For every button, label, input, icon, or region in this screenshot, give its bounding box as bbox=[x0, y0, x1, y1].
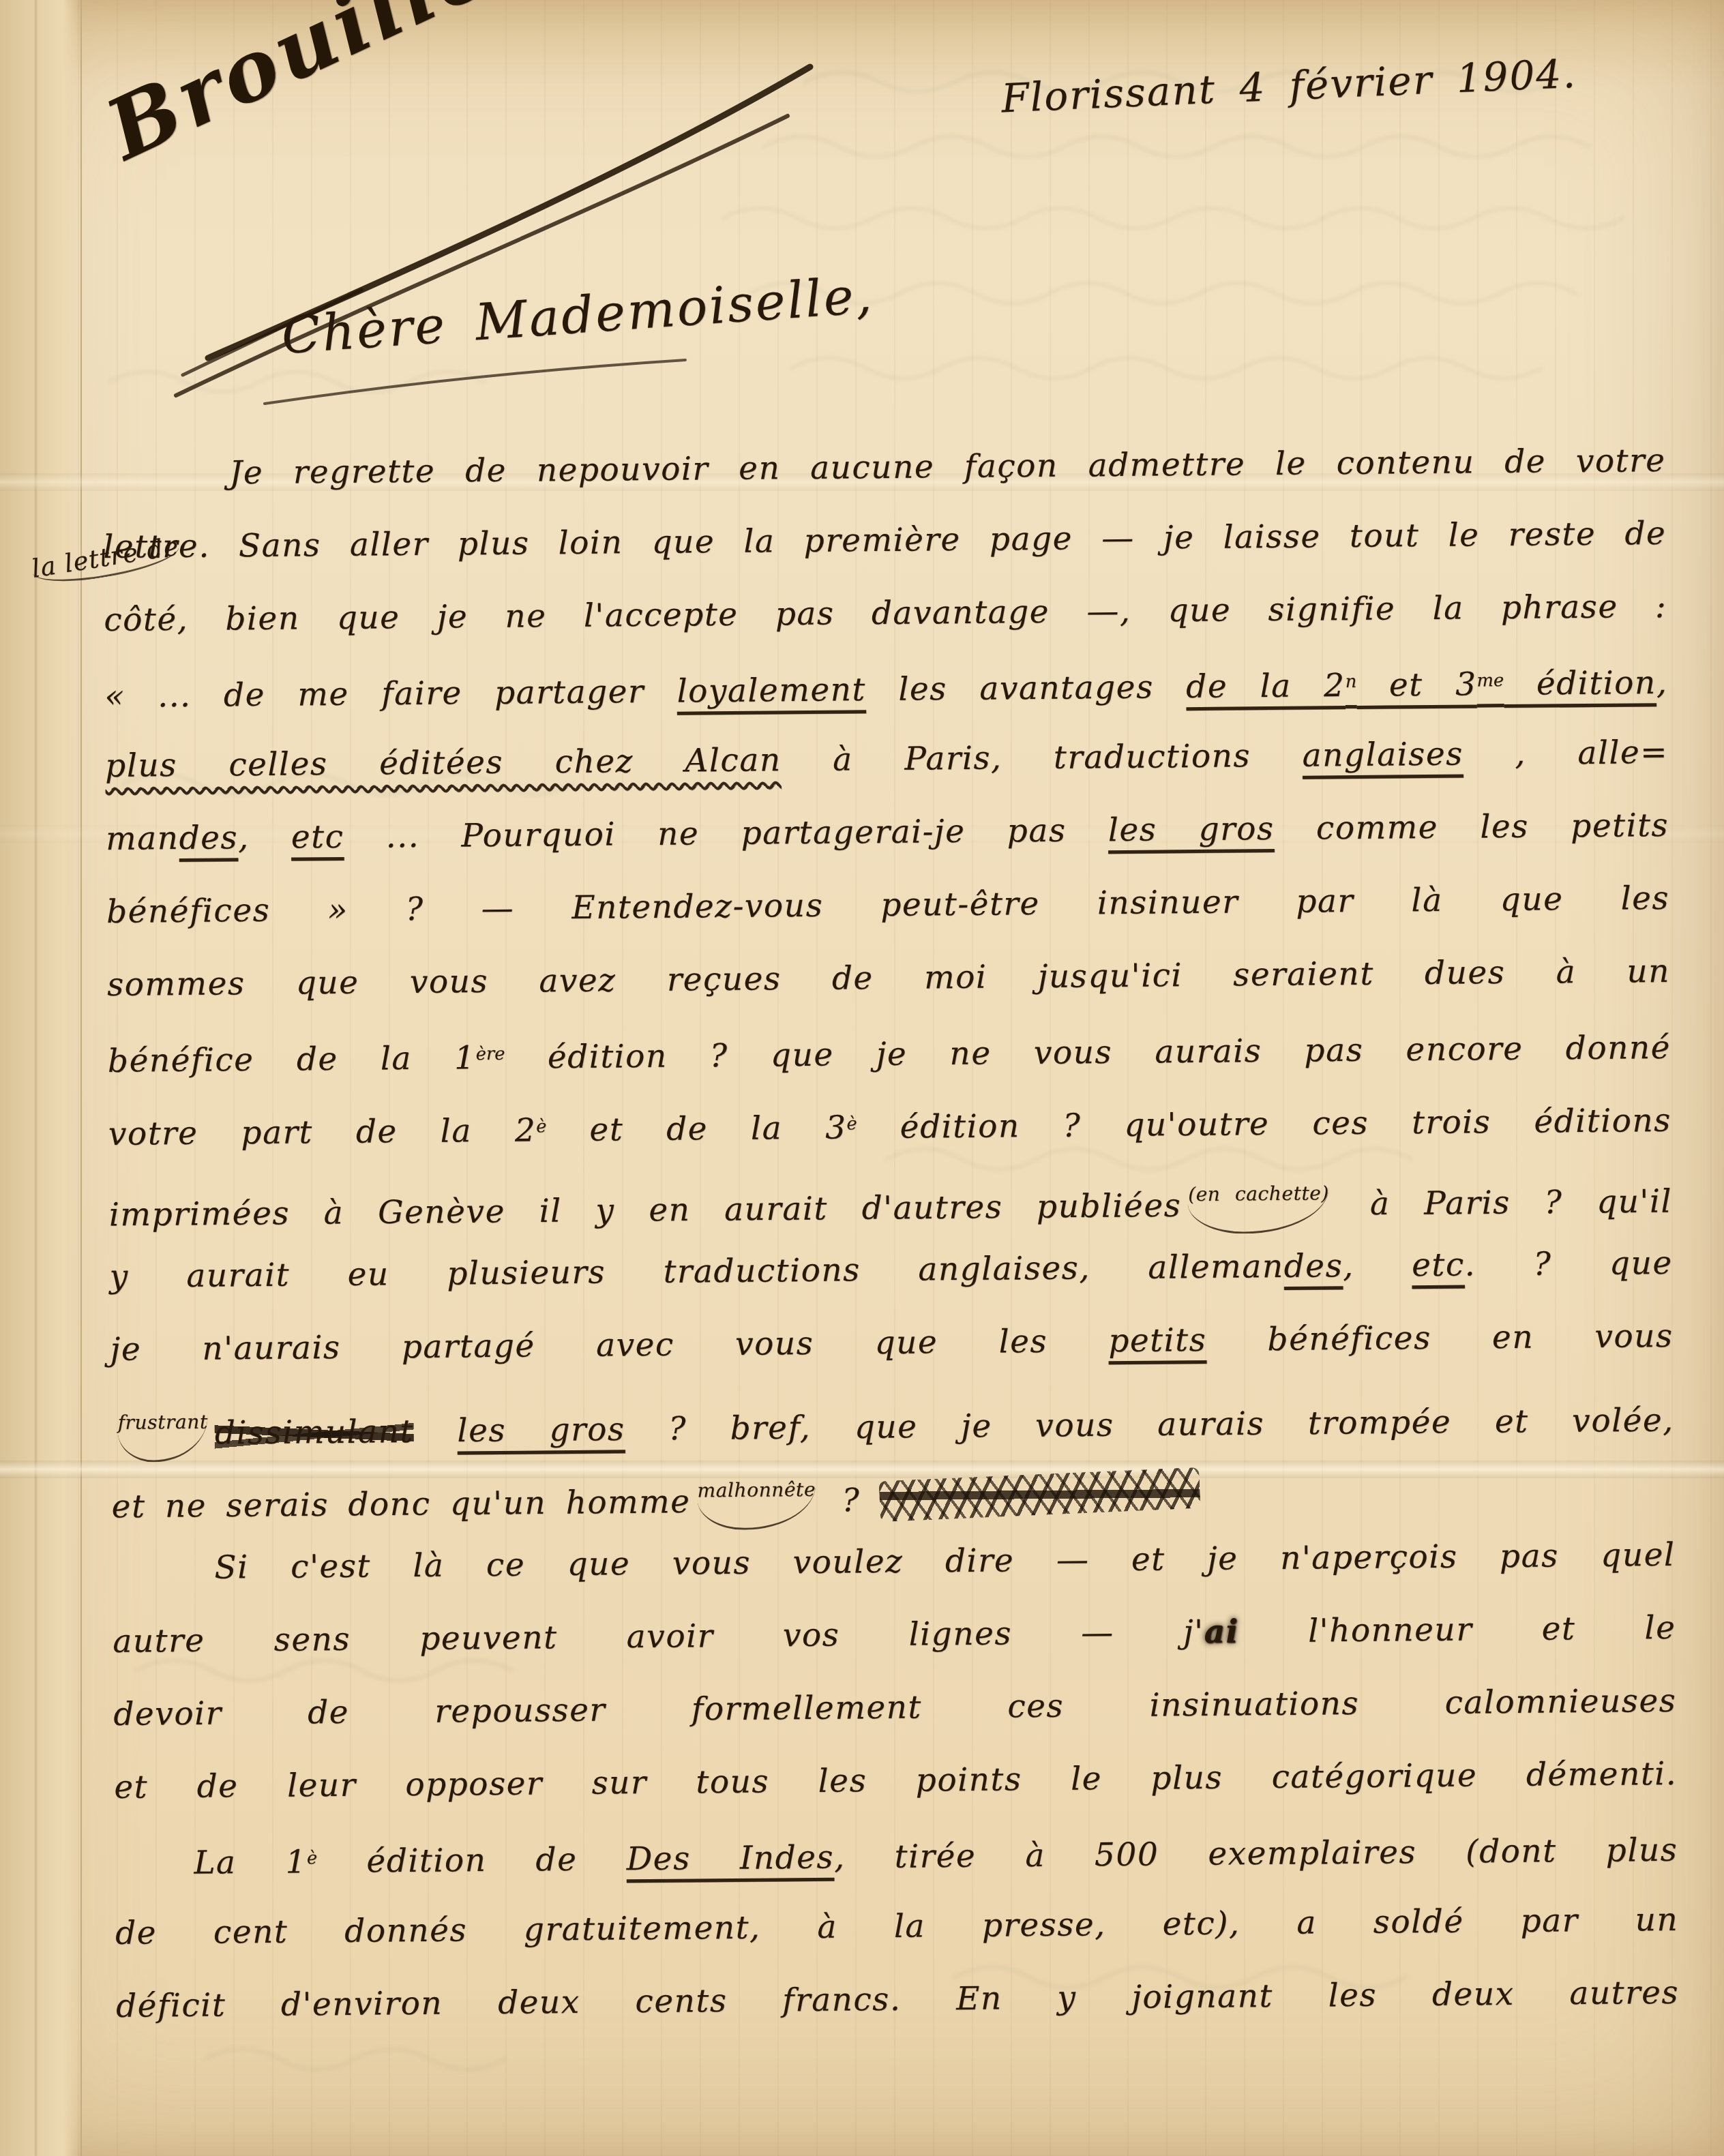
text-segment: loyalement bbox=[677, 671, 866, 710]
text-segment: édition bbox=[1504, 664, 1656, 703]
letter-line: lettre. Sans aller plus loin que la prem… bbox=[103, 497, 1667, 584]
text-segment: , alle= bbox=[1463, 734, 1668, 773]
letter-line: bénéfice de la 1ère édition ? que je ne … bbox=[107, 1008, 1671, 1094]
text-segment: et 3 bbox=[1356, 665, 1477, 704]
text-segment: Je regrette de nepouvoir en aucune façon… bbox=[229, 442, 1665, 492]
text-segment: les gros bbox=[1108, 810, 1275, 849]
text-segment: è bbox=[307, 1848, 318, 1868]
text-segment: autre sens peuvent avoir vos lignes — j' bbox=[113, 1613, 1204, 1660]
text-segment: anglaises bbox=[1302, 736, 1463, 775]
text-segment: petits bbox=[1108, 1321, 1206, 1360]
letter-line: Si c'est là ce que vous voulez dire — et… bbox=[112, 1518, 1676, 1605]
text-segment bbox=[414, 1412, 458, 1450]
text-segment: è bbox=[846, 1113, 857, 1134]
scratched-out-mark bbox=[879, 1467, 1201, 1521]
text-segment: et de la 3 bbox=[546, 1109, 846, 1149]
text-segment: des bbox=[1283, 1247, 1343, 1285]
letter-line: imprimées à Genève il y en aurait d'autr… bbox=[108, 1154, 1672, 1240]
draft-label: Brouillon bbox=[92, 0, 567, 179]
text-segment: malhonnête bbox=[697, 1453, 816, 1531]
letter-line: Je regrette de nepouvoir en aucune façon… bbox=[102, 424, 1666, 511]
text-segment: les gros bbox=[457, 1411, 625, 1450]
text-segment: comme les petits bbox=[1274, 807, 1669, 848]
text-segment: Si c'est là ce que vous voulez dire — et… bbox=[214, 1536, 1675, 1587]
text-segment: à Paris ? qu'il bbox=[1336, 1183, 1672, 1223]
text-segment: plus celles éditées chez Alcan bbox=[105, 741, 782, 785]
text-segment: devoir de repousser formellement ces ins… bbox=[113, 1682, 1676, 1733]
letter-line: bénéfices » ? — Entendez-vous peut-être … bbox=[106, 862, 1670, 948]
letter-line: votre part de la 2è et de la 3è édition … bbox=[108, 1081, 1671, 1167]
text-segment: . ? que bbox=[1464, 1244, 1672, 1284]
text-segment: etc bbox=[1412, 1246, 1465, 1285]
text-segment: déficit d'environ deux cents francs. En … bbox=[116, 1974, 1679, 2025]
letter-line: La 1è édition de Des Indes, tirée à 500 … bbox=[115, 1810, 1678, 1897]
text-segment: de cent donnés gratuitement, à la presse… bbox=[115, 1901, 1678, 1952]
text-segment: « ... de me faire partager bbox=[104, 673, 677, 715]
text-segment: man bbox=[106, 820, 179, 858]
text-segment: sommes que vous avez reçues de moi jusqu… bbox=[107, 953, 1670, 1004]
text-segment: n bbox=[1345, 672, 1356, 692]
text-segment: y aurait eu plusieurs traductions anglai… bbox=[109, 1248, 1283, 1296]
text-segment: è bbox=[536, 1116, 547, 1137]
text-segment: Des Indes bbox=[626, 1839, 834, 1878]
letter-line: y aurait eu plusieurs traductions anglai… bbox=[109, 1227, 1673, 1313]
text-segment: lettre. Sans aller plus loin que la prem… bbox=[103, 515, 1666, 566]
letter-line: déficit d'environ deux cents francs. En … bbox=[116, 1956, 1680, 2043]
text-segment: ai bbox=[1204, 1613, 1239, 1651]
letter-line: de cent donnés gratuitement, à la presse… bbox=[115, 1883, 1679, 1970]
text-segment: La 1 bbox=[194, 1843, 307, 1881]
letter-line: frustrantdissimulant les gros ? bref, qu… bbox=[110, 1373, 1674, 1459]
letter-line: plus celles éditées chez Alcan à Paris, … bbox=[105, 716, 1669, 803]
page-left-edge bbox=[0, 0, 82, 2156]
letter-line: côté, bien que je ne l'accepte pas davan… bbox=[104, 570, 1667, 657]
text-segment: , bbox=[1343, 1246, 1412, 1285]
text-segment: votre part de la 2 bbox=[108, 1111, 537, 1152]
letter-line: autre sens peuvent avoir vos lignes — j'… bbox=[113, 1591, 1676, 1678]
text-segment: et de leur opposer sur tous les points l… bbox=[114, 1755, 1677, 1806]
manuscript-page: Brouillon Florissant 4 février 1904. Chè… bbox=[0, 0, 1724, 2156]
text-segment: , bbox=[238, 819, 291, 857]
text-segment: dissimulant bbox=[215, 1413, 414, 1452]
text-segment: etc bbox=[291, 818, 344, 856]
letter-line: et ne serais donc qu'un hommemalhonnête … bbox=[111, 1446, 1675, 1532]
text-segment: des bbox=[179, 819, 238, 857]
letter-line: et de leur opposer sur tous les points l… bbox=[114, 1737, 1678, 1824]
text-segment: les avantages bbox=[866, 668, 1187, 708]
text-segment: de la 2 bbox=[1186, 667, 1346, 706]
text-segment: à Paris, traductions bbox=[781, 737, 1303, 779]
text-segment: bénéfice de la 1 bbox=[108, 1039, 476, 1080]
letter-line: devoir de repousser formellement ces ins… bbox=[113, 1664, 1677, 1751]
text-segment: et ne serais donc qu'un homme bbox=[111, 1483, 690, 1525]
text-segment: je n'aurais partagé avec vous que les bbox=[110, 1322, 1108, 1368]
text-segment: me bbox=[1476, 670, 1504, 691]
letter-line: « ... de me faire partager loyalement le… bbox=[104, 643, 1668, 730]
text-segment: , bbox=[1656, 664, 1668, 702]
letter-line: sommes que vous avez reçues de moi jusqu… bbox=[107, 935, 1671, 1021]
text-segment: frustrant bbox=[117, 1386, 208, 1463]
text-segment: bénéfices en vous bbox=[1206, 1317, 1674, 1359]
text-segment: côté, bien que je ne l'accepte pas davan… bbox=[104, 588, 1667, 639]
text-segment: édition ? qu'outre ces trois éditions bbox=[857, 1102, 1671, 1146]
text-segment: l'honneur et le bbox=[1239, 1609, 1676, 1651]
text-segment: , tirée à 500 exemplaires (dont plus bbox=[834, 1831, 1678, 1876]
salutation: Chère Mademoiselle, bbox=[280, 266, 876, 365]
text-segment: ? bref, que je vous aurais trompée et vo… bbox=[625, 1401, 1674, 1448]
text-segment: ère bbox=[475, 1044, 505, 1064]
dateline: Florissant 4 février 1904. bbox=[1000, 50, 1577, 122]
letter-body: Je regrette de nepouvoir en aucune façon… bbox=[102, 424, 1679, 2043]
text-segment: ? bbox=[822, 1482, 880, 1520]
text-segment: (en cachette) bbox=[1188, 1156, 1330, 1234]
letter-line: mandes, etc ... Pourquoi ne partagerai-j… bbox=[106, 789, 1669, 875]
letter-line: je n'aurais partagé avec vous que les pe… bbox=[110, 1300, 1674, 1386]
text-segment: bénéfices » ? — Entendez-vous peut-être … bbox=[106, 880, 1669, 931]
text-segment: édition ? que je ne vous aurais pas enco… bbox=[505, 1029, 1671, 1077]
text-segment: édition de bbox=[317, 1840, 627, 1881]
text-segment: ... Pourquoi ne partagerai-je pas bbox=[344, 811, 1108, 856]
text-segment: imprimées à Genève il y en aurait d'autr… bbox=[109, 1187, 1182, 1234]
